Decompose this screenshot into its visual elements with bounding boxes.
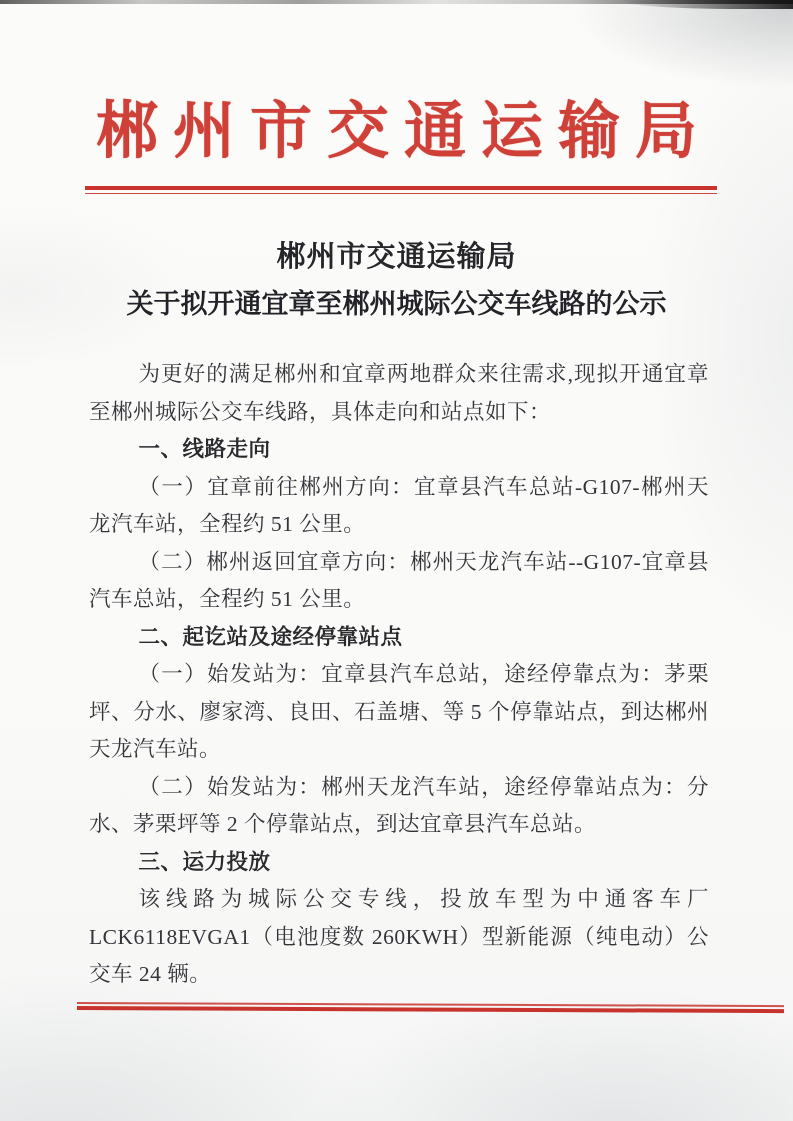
scanner-corner-shadow <box>618 0 793 9</box>
document-subtitle: 关于拟开通宜章至郴州城际公交车线路的公示 <box>0 284 793 324</box>
letterhead-divider <box>85 186 717 194</box>
paragraph-route-outbound: （一）宜章前往郴州方向：宜章县汽车总站-G107-郴州天龙汽车站，全程约 51 … <box>89 469 709 544</box>
footer-thick-line <box>77 1006 784 1013</box>
section-heading-stations: 二、起讫站及途经停靠站点 <box>89 619 709 657</box>
document-body: 为更好的满足郴州和宜章两地群众来往需求,现拟开通宜章至郴州城际公交车线路，具体走… <box>89 356 709 994</box>
divider-thin-line <box>85 193 717 194</box>
section-heading-capacity: 三、运力投放 <box>89 844 709 882</box>
section-heading-route: 一、线路走向 <box>89 431 709 469</box>
footer-divider <box>77 1002 784 1013</box>
paragraph-intro: 为更好的满足郴州和宜章两地群众来往需求,现拟开通宜章至郴州城际公交车线路，具体走… <box>89 356 709 431</box>
paragraph-route-return: （二）郴州返回宜章方向：郴州天龙汽车站--G107-宜章县汽车总站，全程约 51… <box>89 544 709 619</box>
paragraph-stations-return: （二）始发站为：郴州天龙汽车站，途经停靠站点为：分水、茅栗坪等 2 个停靠站点，… <box>89 769 709 844</box>
scanned-document-page: 郴州市交通运输局 郴州市交通运输局 关于拟开通宜章至郴州城际公交车线路的公示 为… <box>0 0 793 1121</box>
divider-thick-line <box>85 186 717 190</box>
paragraph-capacity: 该线路为城际公交专线，投放车型为中通客车厂LCK6118EVGA1（电池度数 2… <box>89 881 709 994</box>
letterhead-title: 郴州市交通运输局 <box>0 84 793 180</box>
paragraph-stations-outbound: （一）始发站为：宜章县汽车总站，途经停靠点为：茅栗坪、分水、廖家湾、良田、石盖塘… <box>89 656 709 769</box>
document-title: 郴州市交通运输局 <box>0 237 793 277</box>
